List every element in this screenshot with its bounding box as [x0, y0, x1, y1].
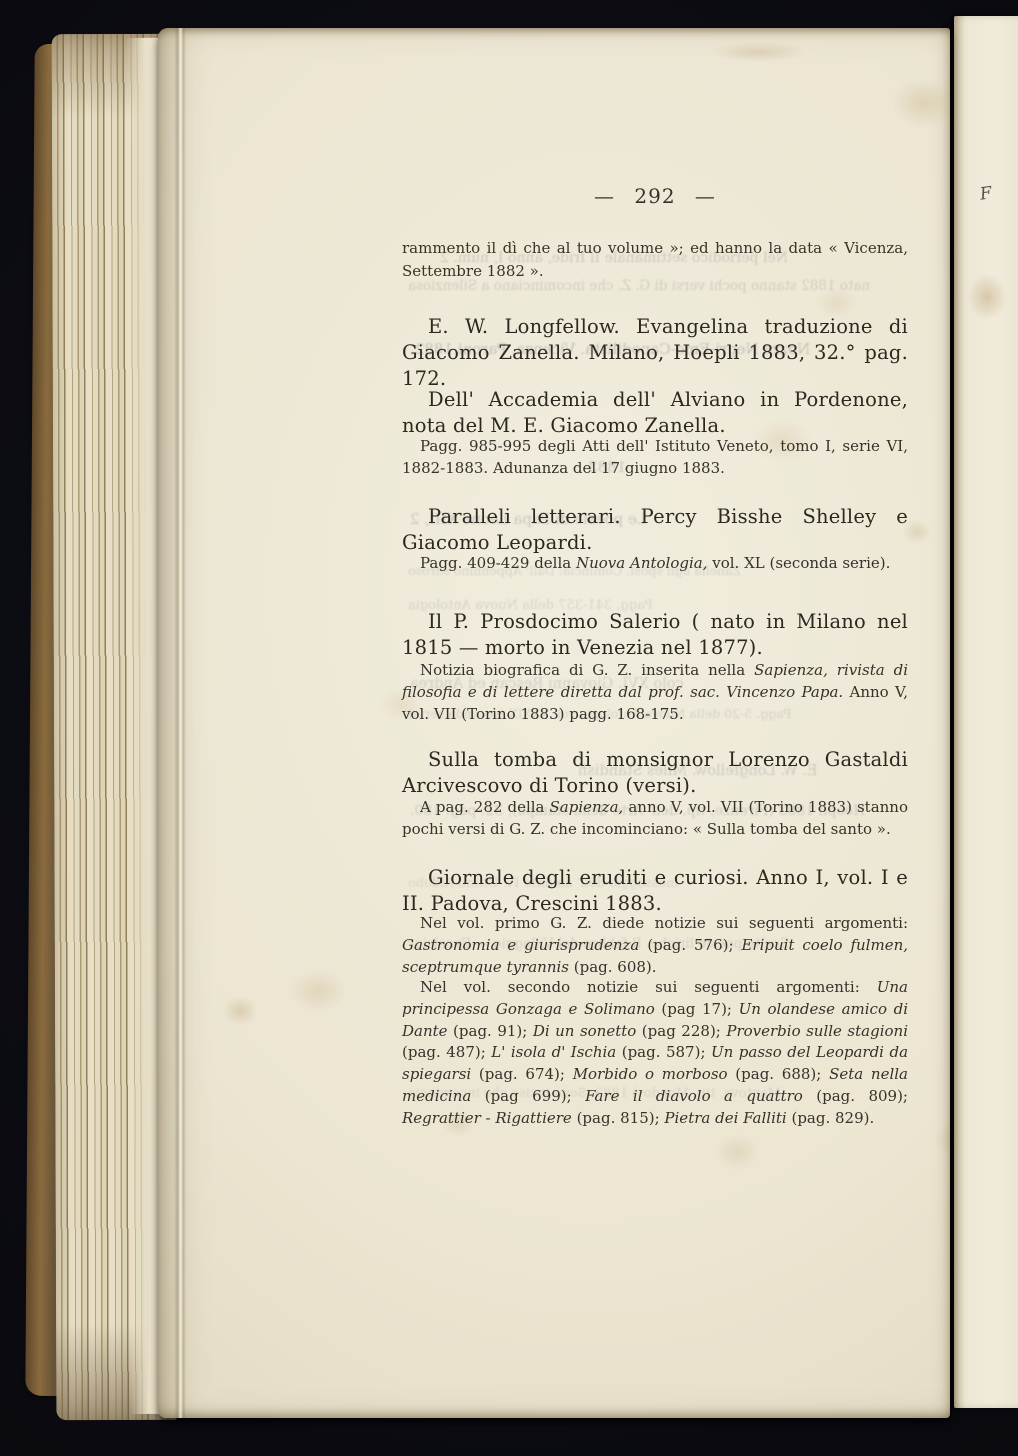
entry-giornale-eruditi: Giornale degli eruditi e curiosi. Anno I… [402, 865, 908, 917]
foxing-stain [694, 38, 824, 66]
foxing-stain [276, 960, 360, 1022]
note-giornale-2: Nel vol. secondo notizie sui seguenti ar… [402, 977, 908, 1130]
book-scan-photo: F Nel periodico settimanale Il Iride, an… [0, 0, 1018, 1456]
entry-longfellow-evangelina: E. W. Longfellow. Evangelina traduzione … [402, 314, 908, 392]
entry-paralleli-letterari: Paralleli letterari. Percy Bisshe Shelle… [402, 504, 908, 556]
note-salerio: Notizia biografica di G. Z. inserita nel… [402, 660, 908, 725]
entry-accademia-alviano: Dell' Accademia dell' Alviano in Pordeno… [402, 387, 908, 439]
continuation-note: rammento il dì che al tuo volume »; ed h… [402, 237, 908, 283]
entry-tomba-gastaldi: Sulla tomba di monsignor Lorenzo Gastald… [402, 747, 908, 799]
page-crease [174, 28, 186, 1418]
page-number: — 292 — [402, 184, 908, 208]
entry-salerio: Il P. Prosdocimo Salerio ( nato in Milan… [402, 609, 908, 661]
note-giornale-1: Nel vol. primo G. Z. diede notizie sui s… [402, 913, 908, 978]
book-page: Nel periodico settimanale Il Iride, anno… [158, 28, 950, 1418]
foxing-stain [878, 68, 950, 138]
note-paralleli: Pagg. 409-429 della Nuova Antologia, vol… [402, 553, 908, 575]
foxing-stain [926, 1116, 950, 1164]
ink-mark: F [979, 183, 993, 204]
facing-page-sliver: F [954, 16, 1018, 1408]
foxing-stain [216, 990, 264, 1032]
foxing-stain [706, 1126, 768, 1178]
note-accademia: Pagg. 985-995 degli Atti dell' Istituto … [402, 436, 908, 480]
note-tomba: A pag. 282 della Sapienza, anno V, vol. … [402, 797, 908, 841]
foxing-stain [960, 264, 1014, 330]
